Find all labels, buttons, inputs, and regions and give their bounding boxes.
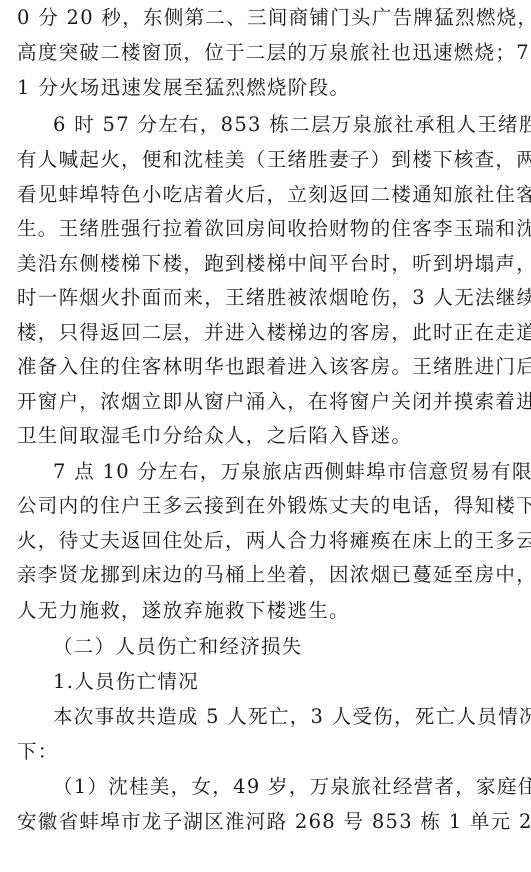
- paragraph-start: 6 时 57 分左右，853 栋二层万泉旅社承租人王绪胜听见: [53, 110, 531, 140]
- text-line: 0 分 20 秒，东侧第二、三间商铺门头广告牌猛烈燃烧，火焰: [17, 3, 531, 33]
- text-line: 亲李贤龙挪到床边的马桶上坐着，因浓烟已蔓延至房中，二: [17, 560, 531, 590]
- text-line: 人无力施救，遂放弃施救下楼逃生。: [17, 596, 350, 626]
- text-line: 安徽省蚌埠市龙子湖区淮河路 268 号 853 栋 1 单元 2 楼万泉: [17, 807, 531, 837]
- text-line: 有人喊起火，便和沈桂美（王绪胜妻子）到楼下核查，两人: [17, 145, 531, 175]
- text-line: 美沿东侧楼梯下楼，跑到楼梯中间平台时，听到坍塌声，同: [17, 249, 531, 279]
- paragraph-start: 7 点 10 分左右，万泉旅店西侧蚌埠市信意贸易有限责任: [53, 457, 531, 487]
- paragraph-start: （1）沈桂美，女，49 岁，万泉旅社经营者，家庭住址：: [53, 772, 531, 802]
- text-line: 高度突破二楼窗顶，位于二层的万泉旅社也迅速燃烧；7 时: [17, 38, 531, 68]
- text-line: 下：: [17, 737, 59, 767]
- text-line: 卫生间取湿毛巾分给众人，之后陷入昏迷。: [17, 421, 412, 451]
- text-line: 准备入住的住客林明华也跟着进入该客房。王绪胜进门后打: [17, 352, 531, 382]
- document-page: 0 分 20 秒，东侧第二、三间商铺门头广告牌猛烈燃烧，火焰 高度突破二楼窗顶，…: [0, 0, 531, 872]
- section-heading: （二）人员伤亡和经济损失: [53, 632, 303, 662]
- paragraph-start: 本次事故共造成 5 人死亡，3 人受伤，死亡人员情况如: [53, 702, 531, 732]
- text-line: 生。王绪胜强行拉着欲回房间收拾财物的住客李玉瑞和沈桂: [17, 214, 531, 244]
- text-line: 火，待丈夫返回住处后，两人合力将瘫痪在床上的王多云母: [17, 526, 531, 556]
- text-line: 开窗户，浓烟立即从窗户涌入，在将窗户关闭并摸索着进入: [17, 387, 531, 417]
- subsection-heading: 1.人员伤亡情况: [53, 667, 199, 697]
- text-line: 1 分火场迅速发展至猛烈燃烧阶段。: [17, 73, 350, 103]
- text-line: 看见蚌埠特色小吃店着火后，立刻返回二楼通知旅社住客逃: [17, 180, 531, 210]
- text-line: 公司内的住户王多云接到在外锻炼丈夫的电话，得知楼下失: [17, 491, 531, 521]
- text-line: 楼，只得返回二层，并进入楼梯边的客房，此时正在走道上: [17, 318, 531, 348]
- text-line: 时一阵烟火扑面而来，王绪胜被浓烟呛伤，3 人无法继续下: [17, 283, 531, 313]
